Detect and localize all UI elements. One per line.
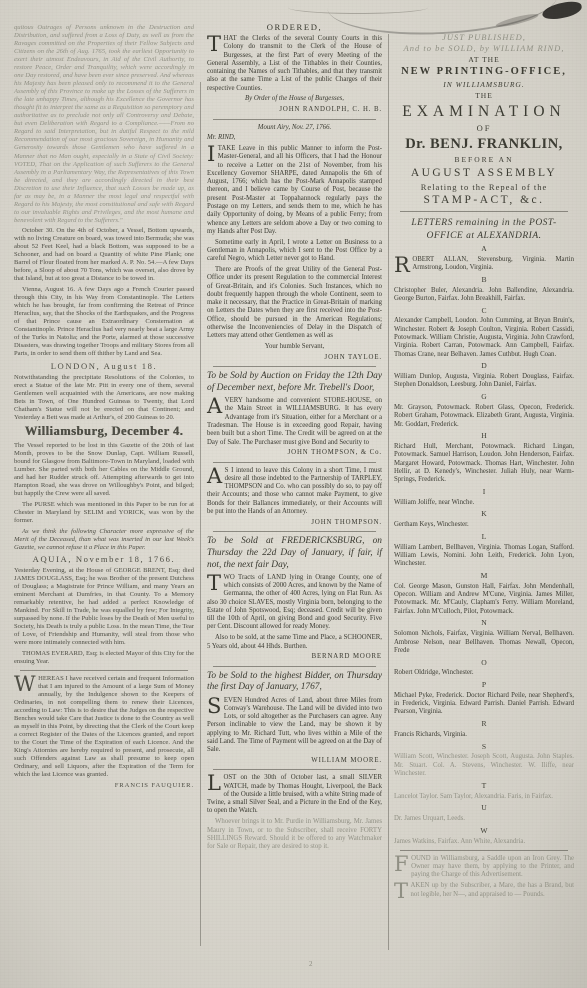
paragraph: The PURSE which was mentioned in this Pa…: [14, 501, 194, 525]
drop-cap: A: [207, 467, 225, 485]
williamsburg-line: IN WILLIAMSBURG.: [394, 80, 574, 89]
section-heading: ORDERED,: [207, 22, 382, 32]
letter-group-header: G: [394, 392, 574, 401]
section-divider: [20, 670, 188, 671]
newspaper-page: quitous Outrages of Persons unknown in t…: [0, 0, 587, 988]
stamp-act-line: STAMP-ACT, &c.: [394, 193, 574, 207]
left-column: quitous Outrages of Persons unknown in t…: [14, 24, 194, 792]
letter-group-header: I: [394, 487, 574, 496]
paragraph: quitous Outrages of Persons unknown in t…: [14, 24, 194, 225]
section-divider: [213, 666, 376, 667]
ad-heading: To be Sold by Auction on Friday the 12th…: [207, 371, 382, 395]
section-divider: [213, 462, 376, 463]
printing-office-line: NEW PRINTING-OFFICE,: [394, 66, 574, 79]
drop-cap: L: [207, 774, 223, 792]
paragraph: William Joliffe, near Winche.: [394, 499, 574, 507]
relating-line: Relating to the Repeal of the: [394, 182, 574, 192]
letter-group-header: D: [394, 361, 574, 370]
drop-cap: T: [394, 882, 411, 900]
paragraph: October 30. On the 4th of October, a Ves…: [14, 227, 194, 283]
middle-column: ORDERED,THAT the Clerks of the several C…: [207, 22, 382, 854]
paragraph: William Dunlop, Augusta, Virginia. Rober…: [394, 373, 574, 390]
paragraph: William Lambert, Bellhaven, Virginia. Th…: [394, 544, 574, 569]
column-divider: [200, 82, 201, 946]
letters-list: AROBERT ALLAN, Stevensburg, Virginia. Ma…: [394, 244, 574, 899]
section-heading: LONDON, August 18.: [14, 361, 194, 371]
signature: BERNARD MOORE: [207, 653, 382, 661]
paragraph: THAT the Clerks of the several County Co…: [207, 35, 382, 93]
letter-group-header: R: [394, 719, 574, 728]
letter-group-header: A: [394, 244, 574, 253]
paragraph: ITAKE Leave in this public Manner to inf…: [207, 145, 382, 236]
paragraph: Vienna, August 16. A few Days ago a Fren…: [14, 286, 194, 358]
right-column: JUST PUBLISHED, And to be SOLD, by WILLI…: [394, 30, 574, 901]
paragraph: Gertham Keys, Winchester.: [394, 521, 574, 529]
paragraph: Michael Pyke, Frederick. Doctor Richard …: [394, 692, 574, 717]
examination-title: EXAMINATION: [394, 103, 574, 122]
closing-line: Your humble Servant,: [207, 343, 382, 351]
drop-cap: T: [207, 35, 224, 53]
signature: FRANCIS FAUQUIER.: [14, 782, 194, 790]
paragraph: Sometime early in April, I wrote a Lette…: [207, 239, 382, 264]
paragraph: TAKEN up by the Subscriber, a Mare, the …: [394, 882, 574, 899]
paragraph: Lancelot Taylor. Sam Taylor, Alexandria.…: [394, 793, 574, 801]
signature: JOHN RANDOLPH, C. H. B.: [207, 106, 382, 114]
august-assembly-line: AUGUST ASSEMBLY: [394, 166, 574, 180]
paragraph: Whoever brings it to Mr. Purdie in Willi…: [207, 818, 382, 851]
section-divider: [400, 211, 568, 212]
paragraph: Yesterday Evening, at the House of GEORG…: [14, 567, 194, 647]
paragraph: FOUND in Williamsburg, a Saddle upon an …: [394, 855, 574, 880]
letter-group-header: U: [394, 803, 574, 812]
paragraph: Notwithstanding the precipitate Resoluti…: [14, 374, 194, 422]
paragraph: Solomon Nichols, Fairfax, Virginia. Will…: [394, 630, 574, 655]
signature: JOHN THOMPSON, & Co.: [207, 449, 382, 457]
signature: JOHN TAYLOE.: [207, 354, 382, 362]
letter-group-header: N: [394, 618, 574, 627]
paragraph: Mr. Grayson, Potowmack. Robert Glass, Op…: [394, 404, 574, 429]
letter-group-header: H: [394, 431, 574, 440]
section-divider: [213, 119, 376, 120]
the-line: THE: [394, 91, 574, 100]
franklin-examination-advertisement: JUST PUBLISHED, And to be SOLD, by WILLI…: [394, 32, 574, 208]
section-heading: AQUIA, November 18, 1766.: [14, 554, 194, 564]
drop-cap: I: [207, 145, 218, 163]
drop-cap: F: [394, 855, 411, 873]
paragraph: SEVEN Hundred Acres of Land, about three…: [207, 697, 382, 755]
at-the-line: AT THE: [394, 55, 574, 64]
sold-by-line: And to be SOLD, by WILLIAM RIND,: [394, 43, 574, 53]
paragraph: Francis Richards, Virginia.: [394, 731, 574, 739]
letters-remaining-heading: LETTERS remaining in the POST-OFFICE at …: [394, 217, 574, 242]
franklin-title: Dr. BENJ. FRANKLIN,: [394, 136, 574, 154]
letter-group-header: O: [394, 658, 574, 667]
signature: WILLIAM MOORE.: [207, 757, 382, 765]
ad-heading: To be Sold to the highest Bidder, on Thu…: [207, 671, 382, 695]
paragraph: THOMAS EVERARD, Esq; is elected Mayor of…: [14, 650, 194, 666]
paragraph: Dr. James Urquart, Leeds.: [394, 815, 574, 823]
of-line: OF: [394, 123, 574, 133]
letter-group-header: L: [394, 532, 574, 541]
paragraph: The Vessel reported to be lost in this G…: [14, 442, 194, 498]
letter-group-header: T: [394, 781, 574, 790]
paragraph: James Watkins, Fairfax. Ann White, Alexa…: [394, 838, 574, 846]
ad-heading: To be Sold at FREDERICKSBURG, on Thursda…: [207, 536, 382, 571]
press-figure: 2: [309, 960, 313, 968]
paragraph: AVERY handsome and convenient STORE-HOUS…: [207, 397, 382, 447]
letter-group-header: W: [394, 826, 574, 835]
before-an-line: BEFORE AN: [394, 155, 574, 164]
letter-group-header: P: [394, 680, 574, 689]
just-published-line: JUST PUBLISHED,: [394, 32, 574, 42]
signature: JOHN THOMPSON.: [207, 519, 382, 527]
letter-group-header: B: [394, 275, 574, 284]
letter-group-header: C: [394, 306, 574, 315]
paragraph: Mr. RIND,: [207, 134, 382, 142]
paragraph: Richard Hull, Merchant, Potowmack. Richa…: [394, 443, 574, 484]
paragraph: WHEREAS I have received certain and freq…: [14, 675, 194, 779]
drop-cap: R: [394, 256, 412, 274]
paragraph: As we think the following Character more…: [14, 528, 194, 552]
paragraph: TWO Tracts of LAND lying in Orange Count…: [207, 574, 382, 632]
paragraph: LOST on the 30th of October last, a smal…: [207, 774, 382, 815]
section-divider: [400, 850, 568, 851]
dateline: Mount Airy, Nov. 27, 1766.: [207, 124, 382, 132]
paragraph: Alexander Campbell, Loudon. John Cumming…: [394, 317, 574, 358]
drop-cap: A: [207, 397, 225, 415]
letter-group-header: M: [394, 571, 574, 580]
drop-cap: S: [207, 697, 224, 715]
paragraph: ROBERT ALLAN, Stevensburg, Virginia. Mar…: [394, 256, 574, 273]
letter-group-header: K: [394, 509, 574, 518]
drop-cap: W: [14, 675, 38, 693]
section-divider: [213, 769, 376, 770]
paragraph: AS I intend to leave this Colony in a sh…: [207, 467, 382, 517]
paragraph: William Scott, Winchester. Joseph Scott,…: [394, 753, 574, 778]
attribution-line: By Order of the House of Burgesses,: [207, 95, 382, 103]
paragraph: Robert Oldridge, Winchester.: [394, 669, 574, 677]
section-divider: [213, 366, 376, 367]
drop-cap: T: [207, 574, 224, 592]
paragraph: There are Proofs of the great Utility of…: [207, 266, 382, 341]
section-divider: [213, 531, 376, 532]
column-divider: [388, 34, 389, 950]
city-dateline-heading: Williamsburg, December 4.: [14, 424, 194, 439]
paragraph: Col. George Mason, Gunston Hall, Fairfax…: [394, 583, 574, 616]
letter-group-header: S: [394, 742, 574, 751]
paragraph: Christopher Buler, Alexandria. John Ball…: [394, 287, 574, 304]
paragraph: Also to be sold, at the same Time and Pl…: [207, 634, 382, 651]
